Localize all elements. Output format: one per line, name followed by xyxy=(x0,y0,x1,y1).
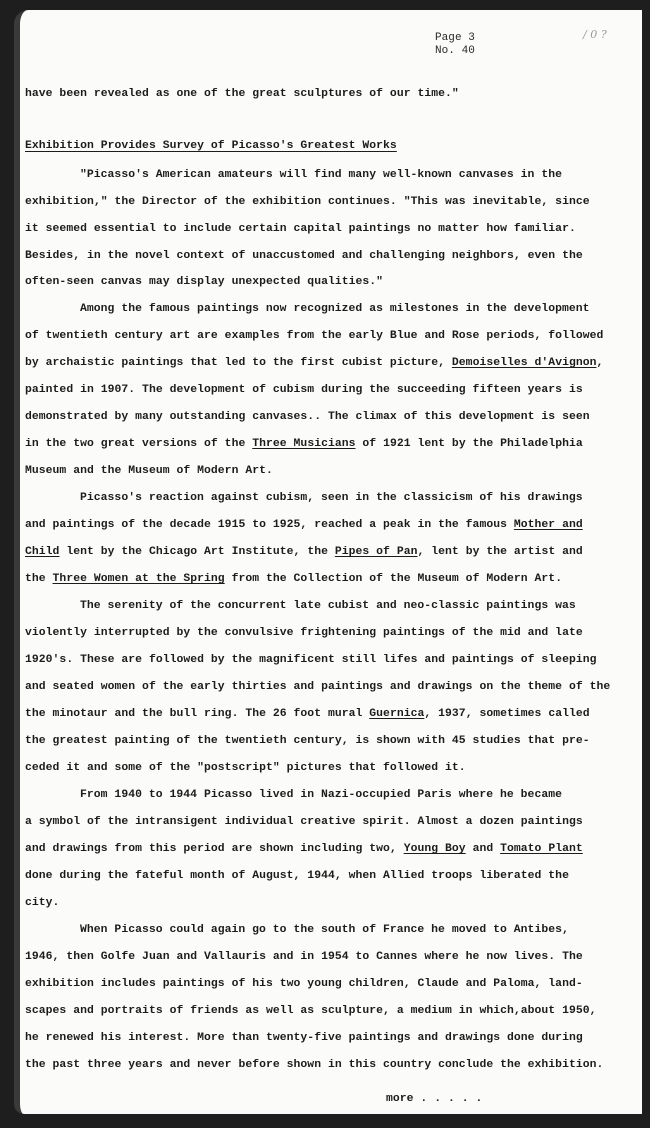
p4-line-7: ceded it and some of the "postscript" pi… xyxy=(25,762,466,774)
p2-line-3-text: by archaistic paintings that led to the … xyxy=(25,357,452,369)
p6-line-2: 1946, then Golfe Juan and Vallauris and … xyxy=(25,951,583,963)
p2-line-2: of twentieth century art are examples fr… xyxy=(25,330,603,342)
page-content: / 0 ? Page 3 No. 40 have been revealed a… xyxy=(20,10,642,1114)
page-number: Page 3 xyxy=(435,32,475,45)
title-three-musicians: Three Musicians xyxy=(252,438,355,450)
title-three-women-at-the-spring: Three Women at the Spring xyxy=(53,573,225,585)
p4-line-1: The serenity of the concurrent late cubi… xyxy=(80,600,576,612)
p3-line-2: and paintings of the decade 1915 to 1925… xyxy=(25,519,583,531)
handwritten-page-mark: / 0 ? xyxy=(583,28,607,41)
p6-line-3: exhibition includes paintings of his two… xyxy=(25,978,583,990)
p3-line-3-b: , lent by the artist and xyxy=(418,546,583,558)
p3-line-2-text: and paintings of the decade 1915 to 1925… xyxy=(25,519,514,531)
document-page: / 0 ? Page 3 No. 40 have been revealed a… xyxy=(14,10,642,1114)
p5-line-3: and drawings from this period are shown … xyxy=(25,843,583,855)
p5-line-1: From 1940 to 1944 Picasso lived in Nazi-… xyxy=(80,789,562,801)
p5-line-3-text: and drawings from this period are shown … xyxy=(25,843,404,855)
continuation-marker: more . . . . . xyxy=(386,1093,482,1105)
p4-line-5: the minotaur and the bull ring. The 26 f… xyxy=(25,708,590,720)
page-header: Page 3 No. 40 xyxy=(435,32,475,58)
p4-line-5-text: the minotaur and the bull ring. The 26 f… xyxy=(25,708,369,720)
release-number: No. 40 xyxy=(435,45,475,58)
title-tomato-plant: Tomato Plant xyxy=(500,843,583,855)
section-heading: Exhibition Provides Survey of Picasso's … xyxy=(25,140,397,152)
title-demoiselles-d-avignon: Demoiselles d'Avignon xyxy=(452,357,597,369)
p6-line-1: When Picasso could again go to the south… xyxy=(80,924,569,936)
p1-line-1: "Picasso's American amateurs will find m… xyxy=(80,169,562,181)
p4-line-4: and seated women of the early thirties a… xyxy=(25,681,610,693)
p5-line-4: done during the fateful month of August,… xyxy=(25,870,569,882)
p5-line-3-mid: and xyxy=(466,843,500,855)
p2-line-6-end: of 1921 lent by the Philadelphia xyxy=(356,438,583,450)
title-guernica: Guernica xyxy=(369,708,424,720)
p1-line-5: often-seen canvas may display unexpected… xyxy=(25,276,383,288)
p2-line-3-end: , xyxy=(597,357,604,369)
p2-line-6: in the two great versions of the Three M… xyxy=(25,438,583,450)
p6-line-6: the past three years and never before sh… xyxy=(25,1059,603,1071)
p6-line-4: scapes and portraits of friends as well … xyxy=(25,1005,597,1017)
p4-line-2: violently interrupted by the convulsive … xyxy=(25,627,583,639)
p6-line-5: he renewed his interest. More than twent… xyxy=(25,1032,583,1044)
opening-line: have been revealed as one of the great s… xyxy=(25,88,459,100)
title-child: Child xyxy=(25,546,59,558)
p3-line-4: the Three Women at the Spring from the C… xyxy=(25,573,562,585)
title-pipes-of-pan: Pipes of Pan xyxy=(335,546,418,558)
p4-line-3: 1920's. These are followed by the magnif… xyxy=(25,654,597,666)
p4-line-5-end: , 1937, sometimes called xyxy=(424,708,589,720)
p1-line-3: it seemed essential to include certain c… xyxy=(25,223,576,235)
p2-line-4: painted in 1907. The development of cubi… xyxy=(25,384,583,396)
p3-line-1: Picasso's reaction against cubism, seen … xyxy=(80,492,583,504)
p1-line-4: Besides, in the novel context of unaccus… xyxy=(25,250,583,262)
p3-line-3: Child lent by the Chicago Art Institute,… xyxy=(25,546,583,558)
p3-line-4-text: the xyxy=(25,573,53,585)
p5-line-5: city. xyxy=(25,897,59,909)
p2-line-7: Museum and the Museum of Modern Art. xyxy=(25,465,273,477)
p2-line-3: by archaistic paintings that led to the … xyxy=(25,357,603,369)
p3-line-4-end: from the Collection of the Museum of Mod… xyxy=(225,573,562,585)
p2-line-1: Among the famous paintings now recognize… xyxy=(80,303,590,315)
title-mother-and: Mother and xyxy=(514,519,583,531)
title-young-boy: Young Boy xyxy=(404,843,466,855)
p1-line-2: exhibition," the Director of the exhibit… xyxy=(25,196,590,208)
scan-frame: / 0 ? Page 3 No. 40 have been revealed a… xyxy=(0,0,650,1128)
p3-line-3-a: lent by the Chicago Art Institute, the xyxy=(59,546,334,558)
p4-line-6: the greatest painting of the twentieth c… xyxy=(25,735,590,747)
p5-line-2: a symbol of the intransigent individual … xyxy=(25,816,583,828)
p2-line-6-text: in the two great versions of the xyxy=(25,438,252,450)
p2-line-5: demonstrated by many outstanding canvase… xyxy=(25,411,590,423)
